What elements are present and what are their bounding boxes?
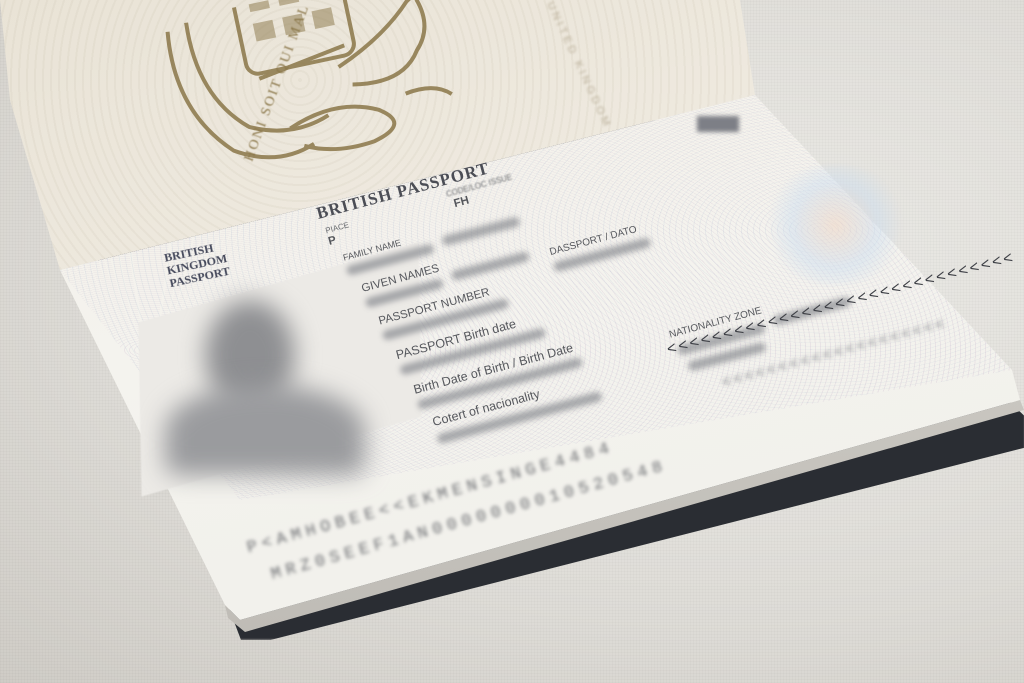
redacted-badge (697, 116, 739, 132)
hologram-rosette (760, 165, 910, 285)
portrait-body-blur (165, 385, 365, 475)
passport-scene: HONI SOIT QUI MAL Y PENSE UNITED KINGDOM… (0, 0, 1024, 683)
